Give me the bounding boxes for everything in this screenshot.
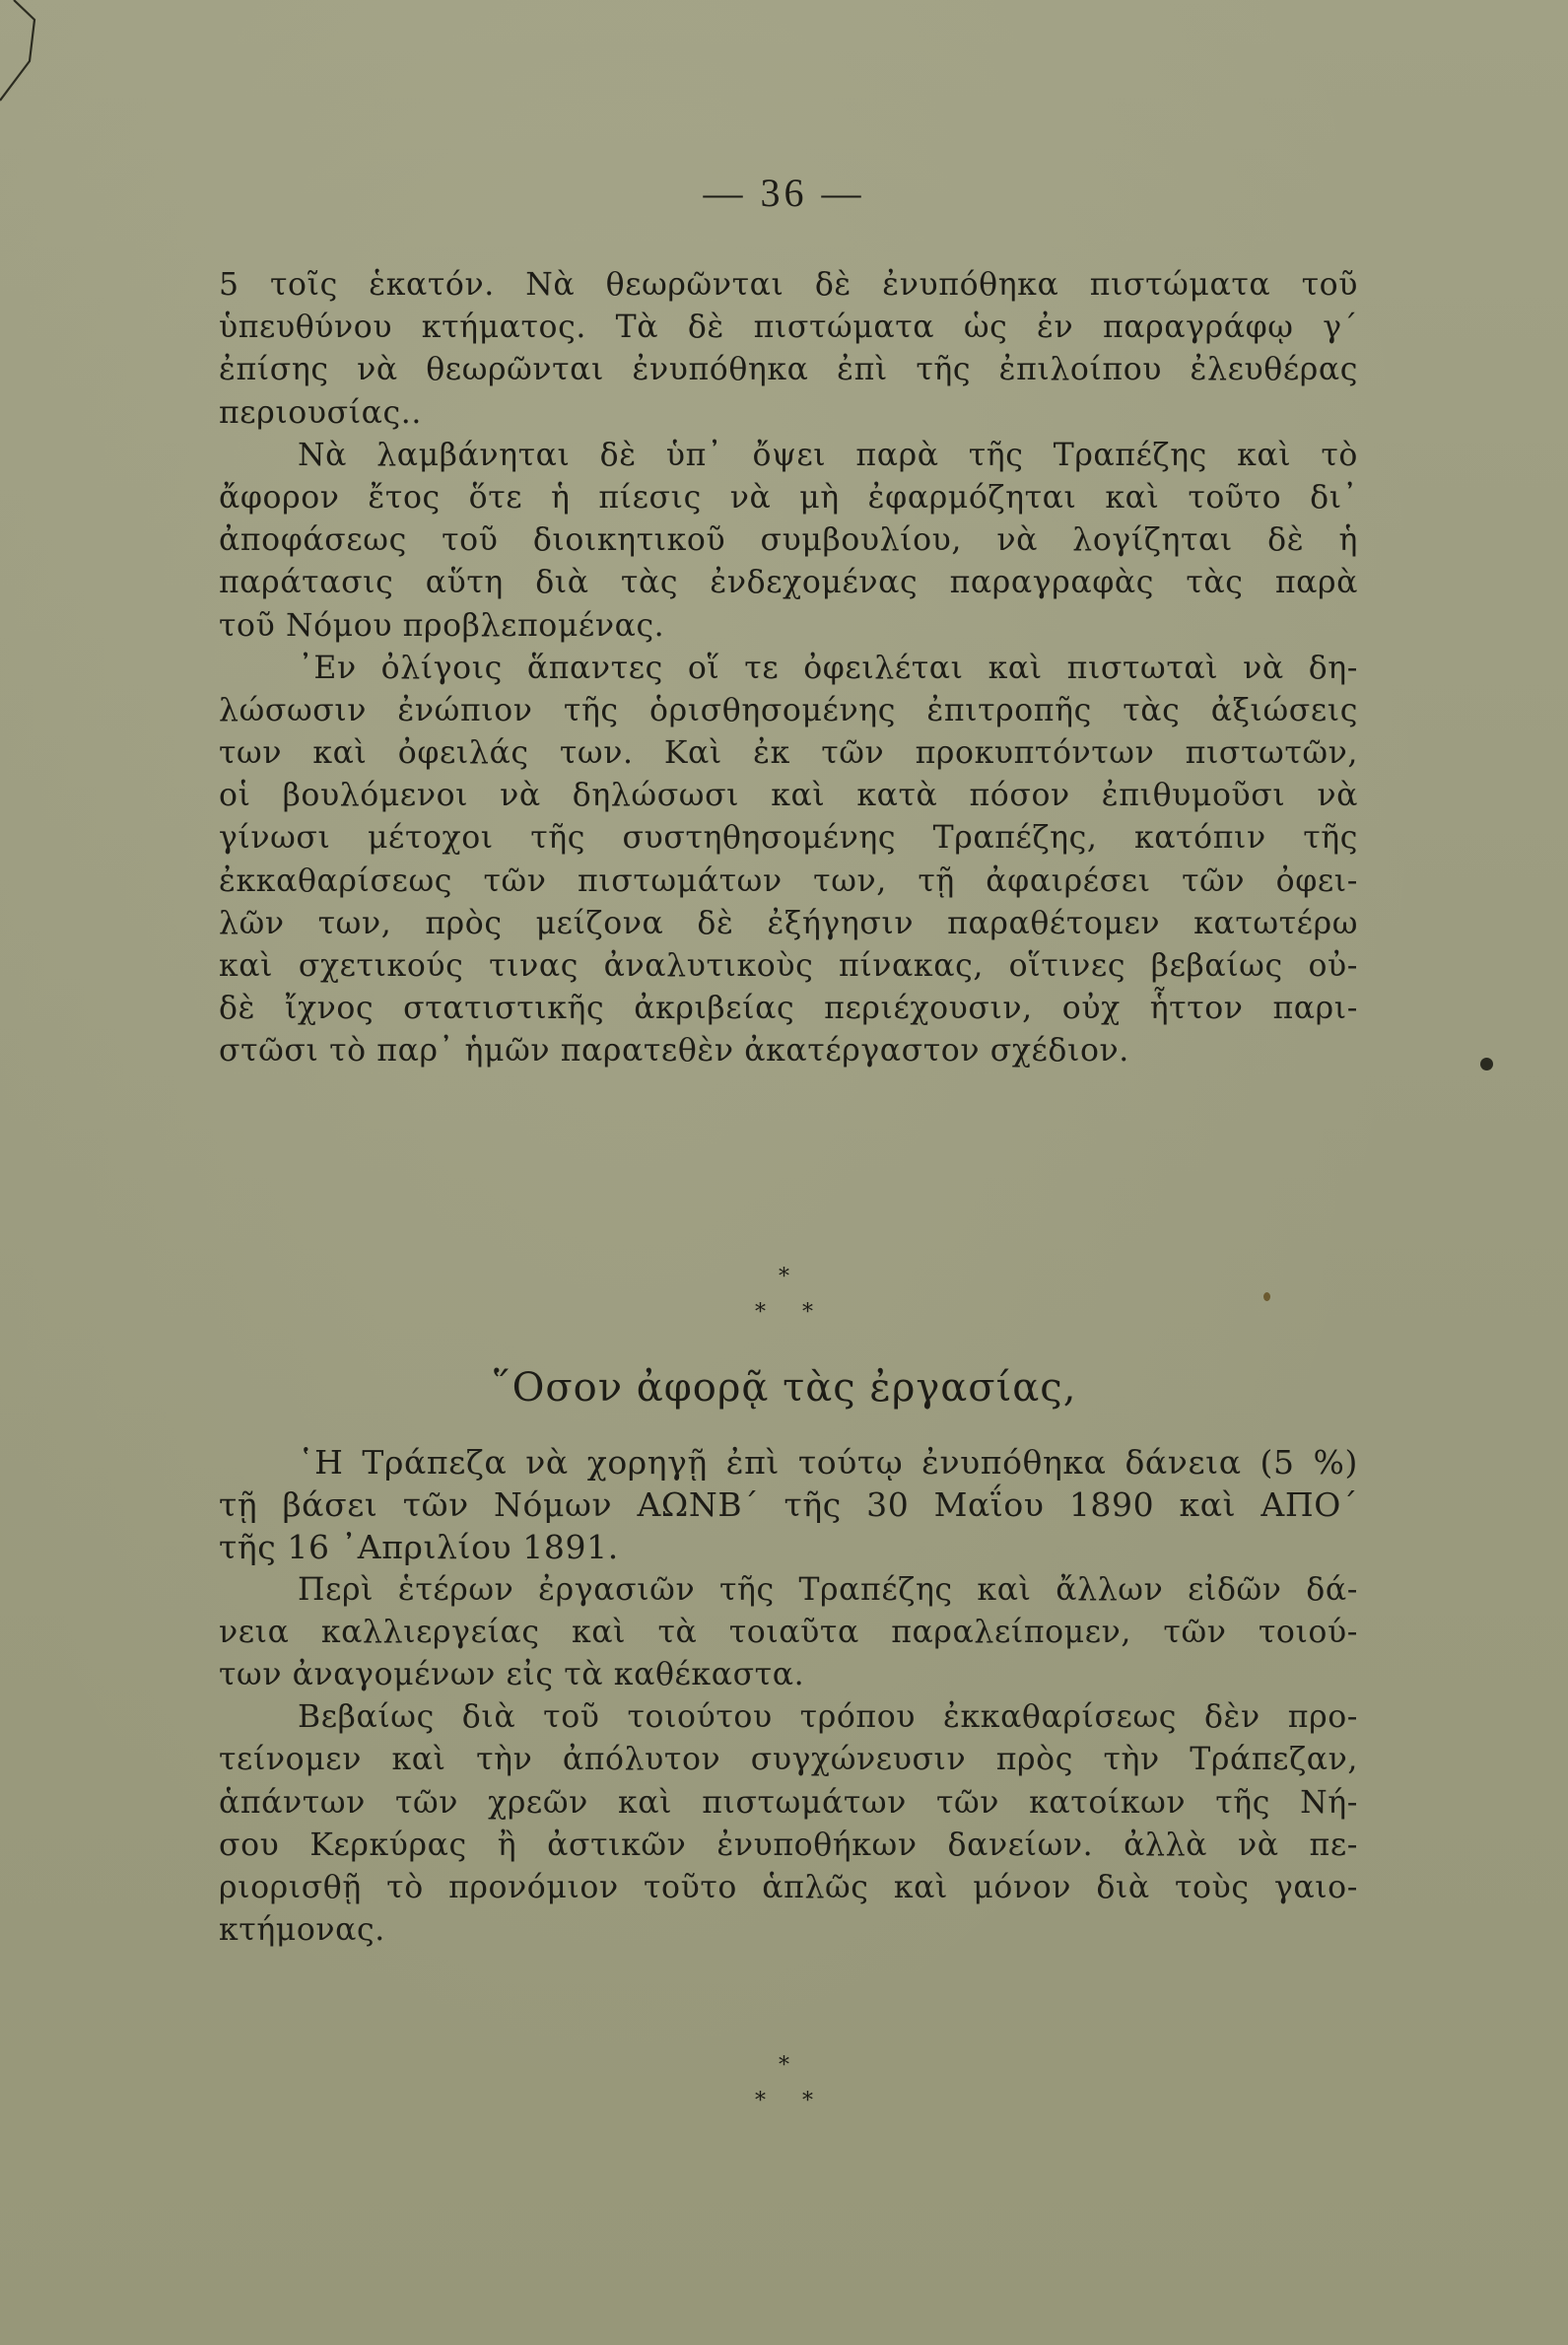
text-line: ᾽Εν ὀλίγοις ἅπαντες οἵ τε ὀφειλέται καὶ … xyxy=(219,648,1358,690)
text-line: ῾Η Τράπεζα νὰ χορηγῇ ἐπὶ τούτῳ ἐνυπόθηκα… xyxy=(219,1441,1358,1483)
text-line: τοῦ Νόμου προβλεπομένας. xyxy=(219,605,1358,648)
asterism-bottom-stars: * * xyxy=(0,1302,1568,1324)
asterism-separator: * * * xyxy=(0,1267,1568,1324)
text-line: γίνωσι μέτοχοι τῆς συστηθησομένης Τραπέζ… xyxy=(219,817,1358,860)
text-line: τῆς 16 ᾽Απριλίου 1891. xyxy=(219,1526,1358,1568)
text-line: δὲ ἴχνος στατιστικῆς ἀκριβείας περιέχουσ… xyxy=(219,988,1358,1030)
text-line: λῶν των, πρὸς μείζονα δὲ ἐξήγησιν παραθέ… xyxy=(219,903,1358,945)
page-corner-mark xyxy=(0,0,39,108)
asterism-separator: * * * xyxy=(0,2055,1568,2112)
paragraph-block-2: ῾Η Τράπεζα νὰ χορηγῇ ἐπὶ τούτῳ ἐνυπόθηκα… xyxy=(219,1441,1358,1952)
asterism-bottom-stars: * * xyxy=(0,2091,1568,2112)
page-number: — 36 — xyxy=(0,170,1568,216)
asterism-top-star: * xyxy=(779,2053,789,2078)
text-line: οἱ βουλόμενοι νὰ δηλώσωσι καὶ κατὰ πόσον… xyxy=(219,775,1358,817)
text-line: 5 τοῖς ἑκατόν. Νὰ θεωρῶνται δὲ ἐνυπόθηκα… xyxy=(219,264,1358,307)
text-line: των καὶ ὀφειλάς των. Καὶ ἐκ τῶν προκυπτό… xyxy=(219,732,1358,775)
paragraph-block-1: 5 τοῖς ἑκατόν. Νὰ θεωρῶνται δὲ ἐνυπόθηκα… xyxy=(219,264,1358,1073)
text-line: ἀποφάσεως τοῦ διοικητικοῦ συμβουλίου, νὰ… xyxy=(219,519,1358,562)
text-line: ἐπίσης νὰ θεωρῶνται ἐνυπόθηκα ἐπὶ τῆς ἐπ… xyxy=(219,349,1358,391)
text-line: ἐκκαθαρίσεως τῶν πιστωμάτων των, τῇ ἀφαι… xyxy=(219,861,1358,903)
asterism-top-star: * xyxy=(779,1265,789,1289)
text-line: τῇ βάσει τῶν Νόμων ΑΩΝΒ΄ τῆς 30 Μαΐου 18… xyxy=(219,1483,1358,1526)
text-line: κτήμονας. xyxy=(219,1909,1358,1952)
text-line: σου Κερκύρας ἢ ἀστικῶν ἐνυποθήκων δανείω… xyxy=(219,1825,1358,1867)
text-line: των ἀναγομένων εἰς τὰ καθέκαστα. xyxy=(219,1654,1358,1696)
section-heading: ῞Οσον ἀφορᾷ τὰς ἐργασίας, xyxy=(0,1365,1568,1411)
text-line: παράτασις αὕτη διὰ τὰς ἐνδεχομένας παραγ… xyxy=(219,562,1358,604)
ink-speck xyxy=(1263,1292,1270,1301)
text-line: νεια καλλιεργείας καὶ τὰ τοιαῦτα παραλεί… xyxy=(219,1612,1358,1654)
text-line: ἁπάντων τῶν χρεῶν καὶ πιστωμάτων τῶν κατ… xyxy=(219,1782,1358,1825)
text-line: Βεβαίως διὰ τοῦ τοιούτου τρόπου ἐκκαθαρί… xyxy=(219,1696,1358,1739)
text-line: Νὰ λαμβάνηται δὲ ὑπ᾽ ὄψει παρὰ τῆς Τραπέ… xyxy=(219,435,1358,477)
text-line: περιουσίας.. xyxy=(219,392,1358,435)
text-line: Περὶ ἑτέρων ἐργασιῶν τῆς Τραπέζης καὶ ἄλ… xyxy=(219,1569,1358,1612)
ink-speck xyxy=(1480,1058,1493,1070)
text-line: στῶσι τὸ παρ᾽ ἡμῶν παρατεθὲν ἀκατέργαστο… xyxy=(219,1030,1358,1072)
text-line: λώσωσιν ἐνώπιον τῆς ὁρισθησομένης ἐπιτρο… xyxy=(219,690,1358,732)
text-line: καὶ σχετικούς τινας ἀναλυτικοὺς πίνακας,… xyxy=(219,945,1358,988)
text-line: ριορισθῇ τὸ προνόμιον τοῦτο ἁπλῶς καὶ μό… xyxy=(219,1867,1358,1909)
text-line: τείνομεν καὶ τὴν ἀπόλυτον συγχώνευσιν πρ… xyxy=(219,1739,1358,1781)
text-line: ὑπευθύνου κτήματος. Τὰ δὲ πιστώματα ὡς ἐ… xyxy=(219,307,1358,349)
scanned-page: — 36 — 5 τοῖς ἑκατόν. Νὰ θεωρῶνται δὲ ἐν… xyxy=(0,0,1568,2345)
text-line: ἄφορον ἔτος ὅτε ἡ πίεσις νὰ μὴ ἐφαρμόζητ… xyxy=(219,477,1358,519)
